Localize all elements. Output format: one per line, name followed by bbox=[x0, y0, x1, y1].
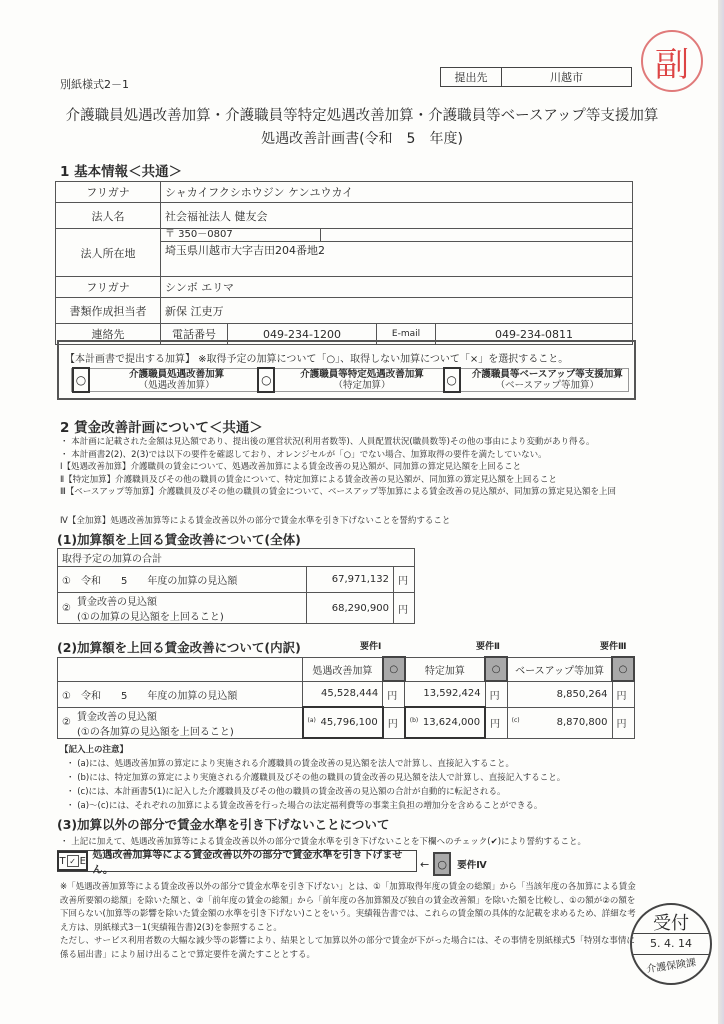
selection-short: （ベースアップ等加算） bbox=[467, 380, 628, 391]
selection-mark[interactable]: ○ bbox=[443, 367, 461, 393]
copy-stamp: 副 bbox=[641, 30, 703, 92]
form-id: 別紙様式2－1 bbox=[60, 76, 129, 92]
section3-heading: (3)加算以外の部分で賃金水準を引き下げないことについて bbox=[57, 815, 389, 833]
note-line: ・ 本計画書2(2)、2(3)では以下の要件を確認しており、オレンジセルが「○」… bbox=[60, 449, 616, 462]
furigana-label: フリガナ bbox=[56, 182, 161, 203]
unit: 円 bbox=[485, 681, 507, 707]
selection-name: 介護職員等ベースアップ等支援加算 bbox=[467, 369, 628, 380]
baseup-improvement: (c)8,870,800 bbox=[507, 707, 612, 738]
footnote-para: ただし、サービス利用者数の大幅な減少等の影響により、結果として加算以外の部分で賃… bbox=[60, 935, 640, 962]
page-edge-shadow bbox=[718, 0, 724, 1024]
document-title: 介護職員処遇改善加算・介護職員等特定処遇改善加算・介護職員等ベースアップ等支援加… bbox=[0, 104, 724, 125]
table1-caption: 取得予定の加算の合計 bbox=[58, 549, 415, 567]
selection-mark[interactable]: ○ bbox=[257, 367, 275, 393]
author-label: 書類作成担当者 bbox=[56, 298, 161, 324]
table2-row1-label: ① 令和 5 年度の加算の見込額 bbox=[58, 681, 303, 707]
furigana-value: シャカイフクシホウジン ケンユウカイ bbox=[161, 182, 633, 203]
address-label: 法人所在地 bbox=[56, 229, 161, 277]
check-icon[interactable]: ✓ bbox=[67, 855, 79, 867]
pledge-row: T ✓ E 処遇改善加算等による賃金改善以外の部分で賃金水準を引き下げません。 bbox=[57, 850, 417, 872]
req3-check: ○ bbox=[612, 657, 634, 681]
caution-notes: 【記入上の注意】 ・ (a)には、処遇改善加算の算定により実施される介護職員の賃… bbox=[60, 743, 565, 813]
selection-note: 【本計画書で提出する加算】 ※取得予定の加算について「○」、取得しない加算につい… bbox=[65, 350, 568, 365]
caution-item: ・ (a)には、処遇改善加算の算定により実施される介護職員の賃金改善の見込額を法… bbox=[60, 757, 565, 771]
note-line: ・ 本計画に記載された金額は見込額であり、提出後の運営状況(利用者数等)、人員配… bbox=[60, 436, 616, 449]
receipt-stamp-title: 受付 bbox=[632, 909, 710, 935]
receipt-stamp-dept: 介護保険課 bbox=[631, 952, 710, 978]
table1-row1-value: 67,971,132 bbox=[307, 567, 394, 593]
baseup-estimate: 8,850,264 bbox=[507, 681, 612, 707]
tokutei-estimate: 13,592,424 bbox=[405, 681, 485, 707]
pledge-text: 処遇改善加算等による賃金改善以外の部分で賃金水準を引き下げません。 bbox=[92, 846, 416, 876]
shogu-estimate: 45,528,444 bbox=[303, 681, 383, 707]
destination-value: 川越市 bbox=[502, 68, 631, 86]
req4-check: ○ bbox=[433, 852, 451, 876]
requirement-2-label: 要件Ⅱ bbox=[476, 639, 500, 652]
unit: 円 bbox=[612, 681, 634, 707]
requirement-4-indicator: ← ○ 要件Ⅳ bbox=[420, 852, 487, 876]
unit: 円 bbox=[394, 567, 415, 593]
unit: 円 bbox=[612, 707, 634, 738]
section2-notes: ・ 本計画に記載された金額は見込額であり、提出後の運営状況(利用者数等)、人員配… bbox=[60, 436, 616, 499]
unit: 円 bbox=[394, 593, 415, 624]
caution-item: ・ (c)には、本計画書5(1)に記入した介護職員及びその他の職員の賃金改善の見… bbox=[60, 785, 565, 799]
selection-item-tokutei: ○ 介護職員等特定処遇改善加算（特定加算） bbox=[257, 369, 442, 391]
requirement-1-label: 要件Ⅰ bbox=[360, 639, 381, 652]
tokutei-improvement[interactable]: (b)13,624,000 bbox=[405, 707, 485, 738]
req4-label: 要件Ⅳ bbox=[457, 857, 486, 871]
unit: 円 bbox=[383, 707, 405, 738]
note-line: Ⅲ【ベースアップ等加算】介護職員及びその他の職員の賃金について、ベースアップ等加… bbox=[60, 486, 616, 499]
destination-label: 提出先 bbox=[441, 68, 502, 86]
col-baseup-header: ベースアップ等加算 bbox=[507, 657, 612, 681]
footnote: ※「処遇改善加算等による賃金改善以外の部分で賃金水準を引き下げない」とは、①「加… bbox=[60, 881, 640, 962]
selection-item-shogu: ○ 介護職員処遇改善加算（処遇改善加算） bbox=[72, 369, 257, 391]
arrow-left-icon: ← bbox=[420, 858, 429, 871]
selection-item-baseup: ○ 介護職員等ベースアップ等支援加算（ベースアップ等加算） bbox=[443, 369, 628, 391]
unit: 円 bbox=[383, 681, 405, 707]
corp-name-label: 法人名 bbox=[56, 203, 161, 229]
selection-short: （特定加算） bbox=[281, 380, 442, 391]
requirement-4-note: Ⅳ【全加算】処遇改善加算等による賃金改善以外の部分で賃金水準を引き下げないことを… bbox=[60, 514, 450, 526]
overall-wage-table: 取得予定の加算の合計 ① 令和 5 年度の加算の見込額 67,971,132 円… bbox=[57, 548, 415, 624]
section1-heading: 1 基本情報＜共通＞ bbox=[60, 160, 182, 180]
corp-name-value: 社会福祉法人 健友会 bbox=[161, 203, 633, 229]
shogu-improvement[interactable]: (a)45,796,100 bbox=[303, 707, 383, 738]
table1-heading: (1)加算額を上回る賃金改善について(全体) bbox=[57, 530, 301, 548]
breakdown-wage-table: 処遇改善加算 ○ 特定加算 ○ ベースアップ等加算 ○ ① 令和 5 年度の加算… bbox=[57, 656, 635, 739]
section2-heading: 2 賃金改善計画について＜共通＞ bbox=[60, 416, 263, 436]
requirement-3-label: 要件Ⅲ bbox=[600, 639, 627, 652]
note-line: Ⅱ【特定加算】介護職員及びその他の職員の賃金について、特定加算による賃金改善の見… bbox=[60, 474, 616, 487]
table2-row2-label: ②賃金改善の見込額(①の各加算の見込額を上回ること) bbox=[58, 707, 303, 738]
caution-item: ・ (b)には、特定加算の算定により実施される介護職員及びその他の職員の賃金改善… bbox=[60, 771, 565, 785]
basic-info-table: フリガナ シャカイフクシホウジン ケンユウカイ 法人名 社会福祉法人 健友会 法… bbox=[55, 181, 633, 345]
caution-item: ・ (a)～(c)には、それぞれの加算による賃金改善を行った場合の法定福利費等の… bbox=[60, 799, 565, 813]
table1-row2-value: 68,290,900 bbox=[307, 593, 394, 624]
address-value: 埼玉県川越市大字吉田204番地2 bbox=[161, 242, 633, 277]
req1-check: ○ bbox=[383, 657, 405, 681]
document-subtitle: 処遇改善計画書(令和 5 年度) bbox=[0, 128, 724, 148]
note-line: Ⅰ【処遇改善加算】介護職員の賃金について、処遇改善加算による賃金改善の見込額が、… bbox=[60, 461, 616, 474]
table2-heading: (2)加算額を上回る賃金改善について(内訳) bbox=[57, 638, 301, 656]
author-furigana-label: フリガナ bbox=[56, 277, 161, 298]
postal-code: 〒 350－0807 bbox=[161, 229, 321, 241]
selection-mark[interactable]: ○ bbox=[72, 367, 90, 393]
footnote-para: ※「処遇改善加算等による賃金改善以外の部分で賃金水準を引き下げない」とは、①「加… bbox=[60, 881, 640, 935]
req2-check: ○ bbox=[485, 657, 507, 681]
selection-name: 介護職員処遇改善加算 bbox=[96, 369, 257, 380]
col-shogu-header: 処遇改善加算 bbox=[303, 657, 383, 681]
destination-box: 提出先 川越市 bbox=[440, 67, 632, 87]
selection-name: 介護職員等特定処遇改善加算 bbox=[281, 369, 442, 380]
col-tokutei-header: 特定加算 bbox=[405, 657, 485, 681]
author-value: 新保 江吏万 bbox=[161, 298, 633, 324]
unit: 円 bbox=[485, 707, 507, 738]
receipt-stamp-date: 5. 4. 14 bbox=[632, 933, 710, 955]
selection-short: （処遇改善加算） bbox=[96, 380, 257, 391]
pledge-checkbox-group[interactable]: T ✓ E bbox=[57, 851, 88, 871]
caution-heading: 【記入上の注意】 bbox=[60, 743, 565, 757]
table1-row2-label: ②賃金改善の見込額(①の加算の見込額を上回ること) bbox=[58, 593, 307, 624]
author-furigana-value: シンボ エリマ bbox=[161, 277, 633, 298]
addition-selection-box: 【本計画書で提出する加算】 ※取得予定の加算について「○」、取得しない加算につい… bbox=[57, 340, 636, 400]
receipt-stamp: 受付 5. 4. 14 介護保険課 bbox=[630, 903, 712, 985]
table1-row1-label: ① 令和 5 年度の加算の見込額 bbox=[58, 567, 307, 593]
